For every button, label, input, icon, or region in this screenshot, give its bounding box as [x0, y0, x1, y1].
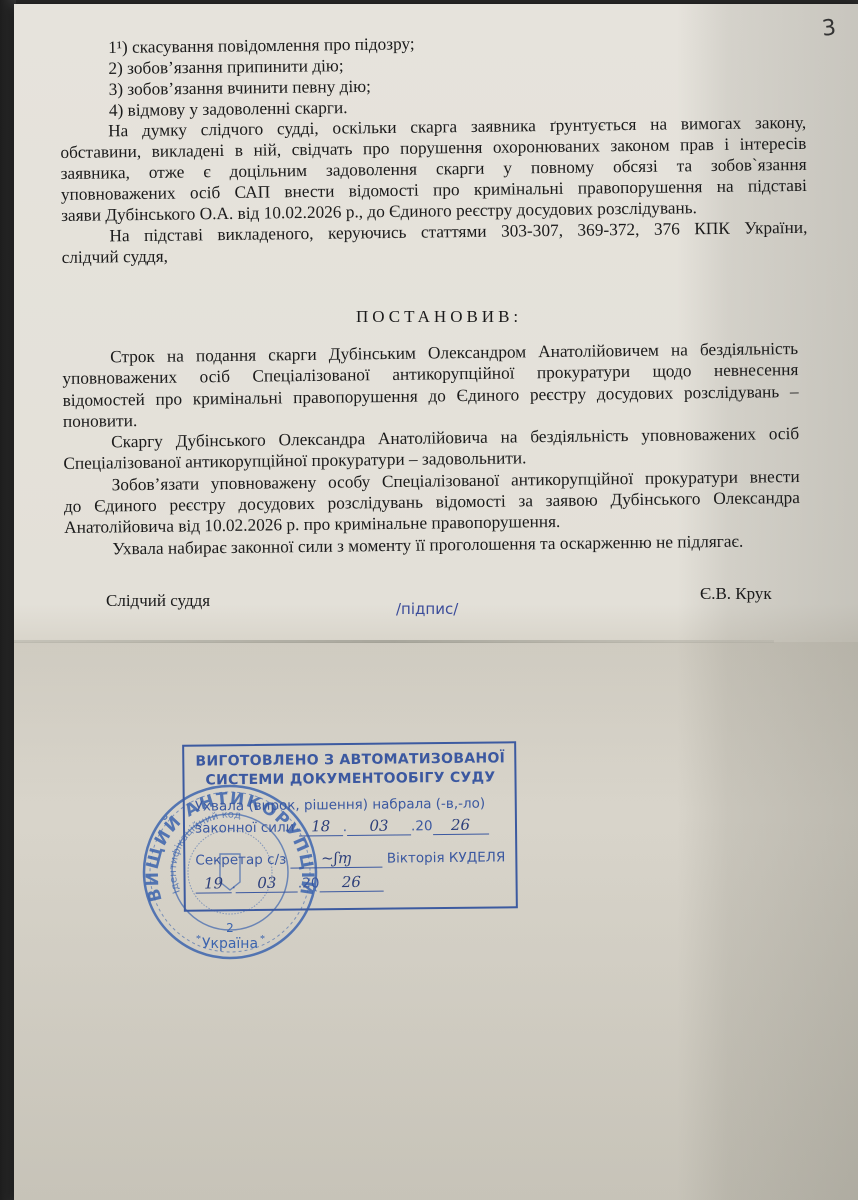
- force-day: 18: [299, 817, 343, 836]
- force-year: 26: [432, 816, 488, 836]
- stamp-title-line: СИСТЕМИ ДОКУМЕНТООБІГУ СУДУ: [190, 768, 510, 790]
- secretary-name: Вікторія КУДЕЛЯ: [387, 849, 506, 866]
- paper-fold-line: [14, 640, 774, 643]
- signature-name: Є.В. Крук: [700, 584, 772, 604]
- force-label: законної сили: [195, 820, 295, 837]
- page-number: 3: [821, 15, 838, 41]
- seal-number: 2: [226, 921, 234, 935]
- document-flow-stamp: ВИГОТОВЛЕНО З АВТОМАТИЗОВАНОЇ СИСТЕМИ ДО…: [182, 741, 518, 911]
- stamp-secretary-row: Секретар с/з ~ʃɱ Вікторія КУДЕЛЯ: [195, 847, 505, 869]
- signature-mark: /підпис/: [396, 600, 458, 618]
- stamp-effect-label: Ухвала (вирок, рішення) набрала (-в,-ло): [195, 796, 486, 815]
- seal-country: Україна: [202, 936, 258, 952]
- resolution-heading: ПОСТАНОВИВ:: [356, 307, 522, 327]
- year-prefix: .20: [298, 875, 320, 891]
- reasoning-paragraph: На думку слідчого судді, оскільки скарга…: [60, 112, 808, 268]
- year-prefix: .20: [411, 818, 433, 834]
- secretary-signature: ~ʃɱ: [290, 849, 382, 869]
- list-block: 1¹) скасування повідомлення про підозру;…: [108, 30, 709, 121]
- issue-month: 03: [236, 874, 298, 894]
- svg-text:*: *: [196, 934, 201, 945]
- force-month: 03: [347, 816, 411, 836]
- secretary-label: Секретар с/з: [195, 852, 286, 869]
- stamp-title: ВИГОТОВЛЕНО З АВТОМАТИЗОВАНОЇ СИСТЕМИ ДО…: [190, 749, 510, 790]
- issue-year: 26: [319, 873, 383, 893]
- issue-day: 19: [195, 874, 231, 893]
- resolution-block: Строк на подання скарги Дубінським Олекс…: [62, 338, 801, 560]
- stamp-issue-row: 19.03.2026: [195, 873, 383, 894]
- signature-role: Слідчий суддя: [106, 591, 210, 611]
- stamp-force-row: законної сили 18.03.2026: [195, 816, 489, 838]
- svg-text:*: *: [260, 934, 265, 945]
